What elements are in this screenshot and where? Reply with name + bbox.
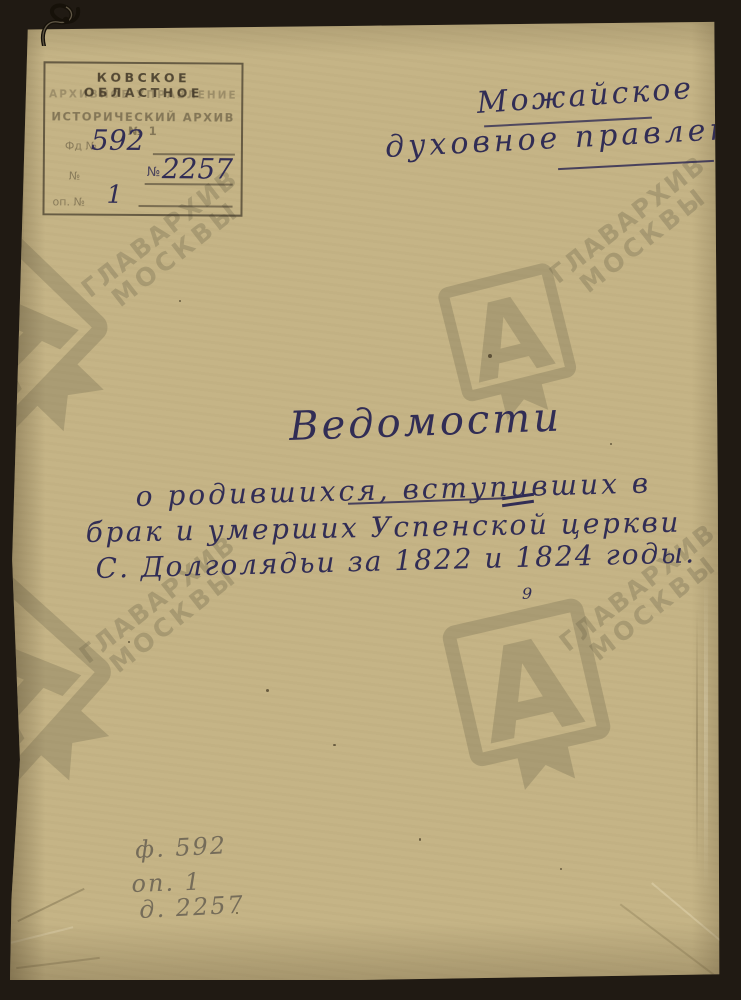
paper-crease xyxy=(651,882,720,959)
paper-crease xyxy=(17,888,84,922)
paper-speck xyxy=(179,300,181,302)
paper-speck xyxy=(488,354,492,358)
paper-speck xyxy=(333,744,336,746)
paper-crease xyxy=(11,926,74,943)
archive-code-delo: д. 2257 xyxy=(139,891,246,924)
watermark-line1: ГЛАВАРХИВ xyxy=(541,148,715,292)
paper-speck xyxy=(419,838,421,841)
title-line1: о родившихся, вступивших в xyxy=(135,467,651,513)
stamp-field-line xyxy=(145,183,233,185)
glavarhiv-logo-icon: А xyxy=(435,591,628,820)
paper-speck xyxy=(560,868,562,870)
logo-letter: А xyxy=(455,271,562,407)
header-line2: духовное правление xyxy=(384,109,720,165)
logo-letter: А xyxy=(10,238,104,433)
paper-speck xyxy=(610,443,612,445)
header-line1: Можайское xyxy=(476,71,696,121)
paper-speck xyxy=(128,641,130,643)
thread-icon xyxy=(14,0,100,46)
logo-letter: А xyxy=(464,607,593,773)
glavarhiv-logo-icon: А xyxy=(10,209,159,487)
stamp-fond-value: 592 xyxy=(91,124,145,157)
paper-crease xyxy=(620,903,720,980)
ink-flourish xyxy=(558,160,714,170)
archive-code-fond: ф. 592 xyxy=(135,831,228,864)
stamp-opis-value: 1 xyxy=(107,180,123,209)
watermark-text: ГЛАВАРХИВ МОСКВЫ xyxy=(541,148,720,312)
watermark-line2: МОСКВЫ xyxy=(557,168,720,312)
stamp-line2: АРХИВНОЕ УПРАВЛЕНИЕ xyxy=(45,88,241,101)
stamp-delo-value: 2257 xyxy=(162,152,233,185)
document-page: А ГЛАВАРХИВ МОСКВЫ А ГЛАВАРХИВ МОСКВЫ А … xyxy=(10,18,720,980)
title-correction-mark: 9 xyxy=(522,584,532,603)
title-heading: Ведомости xyxy=(288,395,562,450)
logo-letter: А xyxy=(10,583,108,783)
stamp-delo-no-sign: № xyxy=(147,165,161,180)
paper-speck xyxy=(266,689,269,692)
stamp-field-line xyxy=(139,205,233,207)
paper-crease xyxy=(696,608,698,868)
paper-crease xyxy=(16,957,100,969)
glavarhiv-logo-icon: А xyxy=(10,553,165,839)
paper-crease xyxy=(704,574,708,890)
paper-crease xyxy=(22,70,24,280)
scan-background: А ГЛАВАРХИВ МОСКВЫ А ГЛАВАРХИВ МОСКВЫ А … xyxy=(0,0,741,1000)
stamp-delo-label: № xyxy=(69,169,81,182)
archive-stamp: КОВСКОЕ ОБЛАСТНОЕ АРХИВНОЕ УПРАВЛЕНИЕ ИС… xyxy=(42,61,243,216)
stamp-opis-label: оп. № xyxy=(53,195,85,208)
